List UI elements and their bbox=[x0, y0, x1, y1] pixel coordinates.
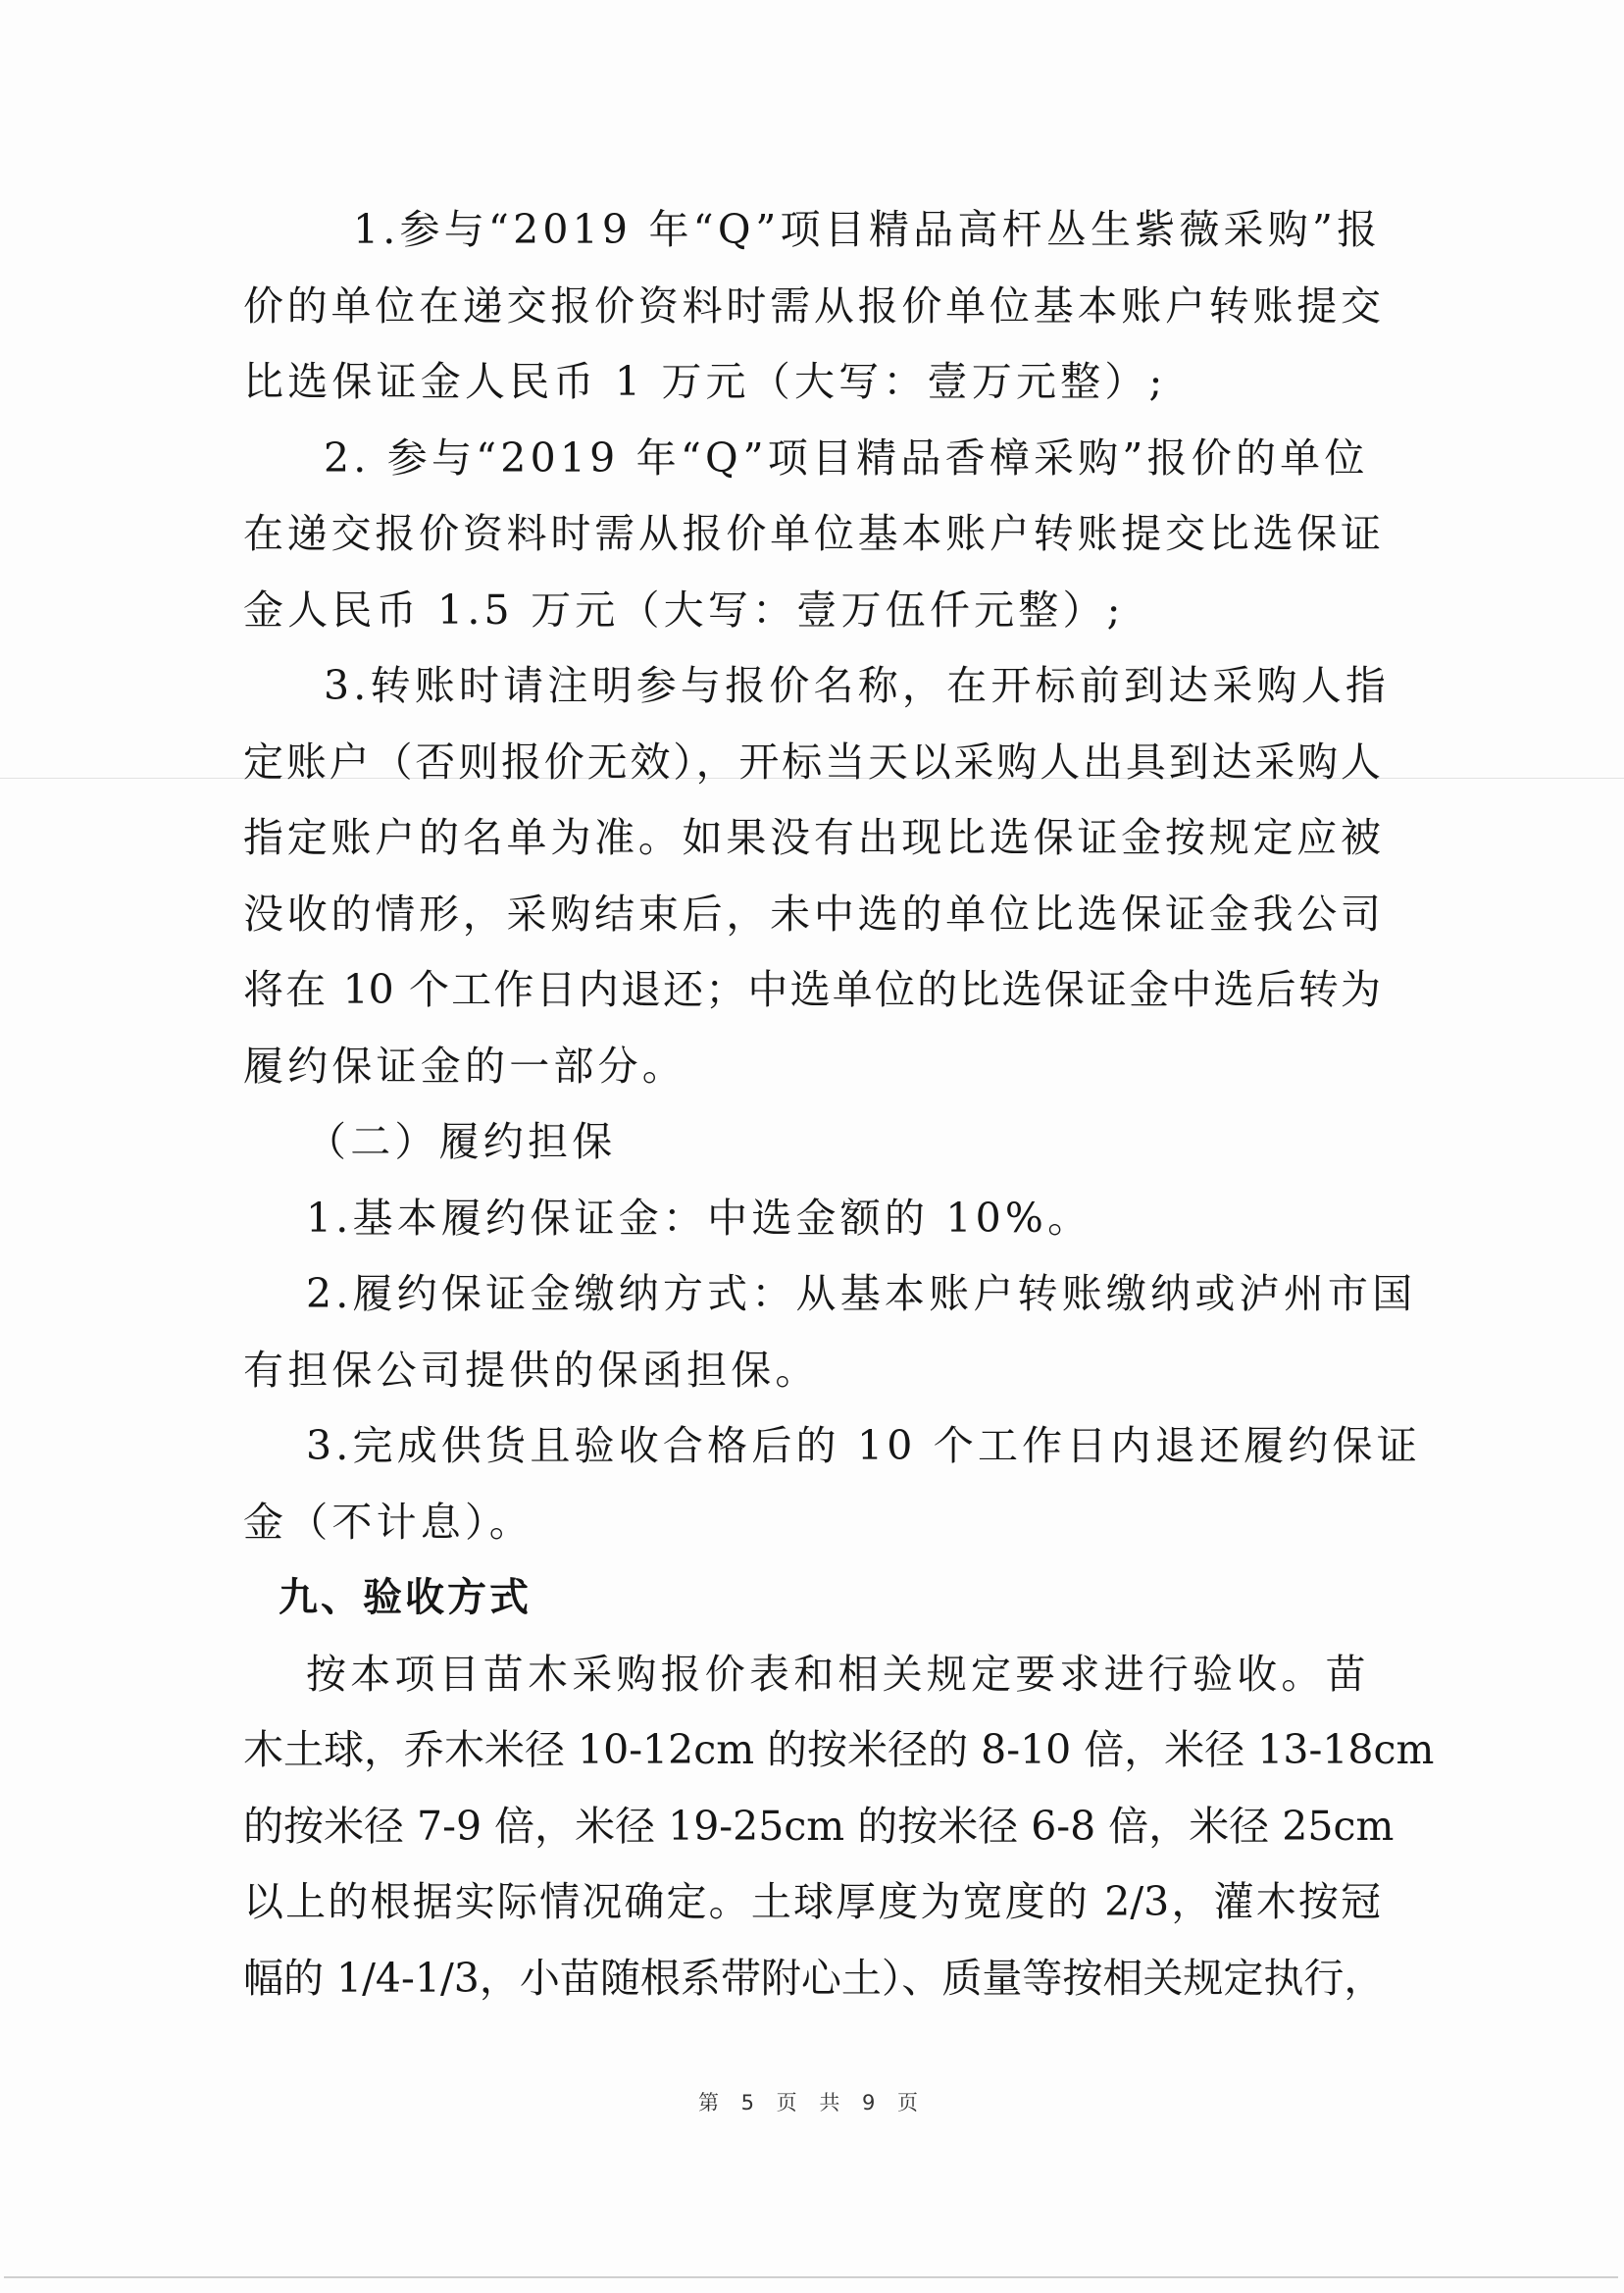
text-line: 指定账户的名单为准。如果没有出现比选保证金按规定应被 bbox=[243, 800, 1381, 877]
text-line: 的按米径 7-9 倍，米径 19-25cm 的按米径 6-8 倍，米径 25cm bbox=[243, 1789, 1381, 1865]
deposit-item-2: 2. 参与“2019 年“Q”项目精品香樟采购”报价的单位 在递交报价资料时需从… bbox=[243, 421, 1381, 649]
text-line: 以上的根据实际情况确定。土球厚度为宽度的 2/3，灌木按冠 bbox=[243, 1864, 1381, 1941]
subsection-performance-guarantee: （二）履约担保 1.基本履约保证金：中选金额的 10%。 2.履约保证金缴纳方式… bbox=[243, 1104, 1381, 1560]
performance-item-3: 3.完成供货且验收合格后的 10 个工作日内退还履约保证 bbox=[243, 1408, 1381, 1485]
page-bottom-edge bbox=[4, 2276, 1618, 2278]
page-content: 1.参与“2019 年“Q”项目精品高杆丛生紫薇采购”报 价的单位在递交报价资料… bbox=[243, 192, 1381, 2016]
document-page: 1.参与“2019 年“Q”项目精品高杆丛生紫薇采购”报 价的单位在递交报价资料… bbox=[0, 0, 1624, 2293]
deposit-item-3: 3.转账时请注明参与报价名称，在开标前到达采购人指 定账户（否则报价无效），开标… bbox=[243, 648, 1381, 1104]
text-line: 幅的 1/4-1/3，小苗随根系带附心土）、质量等按相关规定执行， bbox=[243, 1941, 1381, 2017]
text-line: 木土球，乔木米径 10-12cm 的按米径的 8-10 倍，米径 13-18cm bbox=[243, 1712, 1381, 1789]
section-heading: 九、验收方式 bbox=[243, 1560, 1381, 1637]
text-line: 金人民币 1.5 万元（大写：壹万伍仟元整）; bbox=[243, 573, 1381, 649]
text-line: 1.参与“2019 年“Q”项目精品高杆丛生紫薇采购”报 bbox=[243, 192, 1381, 269]
text-line: 定账户（否则报价无效），开标当天以采购人出具到达采购人 bbox=[243, 725, 1381, 801]
text-line: 3.转账时请注明参与报价名称，在开标前到达采购人指 bbox=[243, 648, 1381, 725]
text-line: 按本项目苗木采购报价表和相关规定要求进行验收。苗 bbox=[243, 1637, 1381, 1713]
text-line: 2. 参与“2019 年“Q”项目精品香樟采购”报价的单位 bbox=[243, 421, 1381, 497]
subsection-title: （二）履约担保 bbox=[243, 1104, 1381, 1181]
text-line: 在递交报价资料时需从报价单位基本账户转账提交比选保证 bbox=[243, 496, 1381, 573]
section-nine-acceptance: 九、验收方式 按本项目苗木采购报价表和相关规定要求进行验收。苗 木土球，乔木米径… bbox=[243, 1560, 1381, 2016]
text-line: 金（不计息）。 bbox=[243, 1485, 1381, 1561]
text-line: 履约保证金的一部分。 bbox=[243, 1029, 1381, 1105]
page-number-footer: 第 5 页 共 9 页 bbox=[0, 2087, 1624, 2116]
performance-item-2: 2.履约保证金缴纳方式：从基本账户转账缴纳或泸州市国 bbox=[243, 1256, 1381, 1333]
text-line: 将在 10 个工作日内退还；中选单位的比选保证金中选后转为 bbox=[243, 952, 1381, 1029]
deposit-item-1: 1.参与“2019 年“Q”项目精品高杆丛生紫薇采购”报 价的单位在递交报价资料… bbox=[243, 192, 1381, 421]
performance-item-1: 1.基本履约保证金：中选金额的 10%。 bbox=[243, 1181, 1381, 1257]
text-line: 比选保证金人民币 1 万元（大写：壹万元整）; bbox=[243, 344, 1381, 421]
text-line: 价的单位在递交报价资料时需从报价单位基本账户转账提交 bbox=[243, 269, 1381, 345]
text-line: 有担保公司提供的保函担保。 bbox=[243, 1333, 1381, 1409]
text-line: 没收的情形，采购结束后，未中选的单位比选保证金我公司 bbox=[243, 877, 1381, 953]
